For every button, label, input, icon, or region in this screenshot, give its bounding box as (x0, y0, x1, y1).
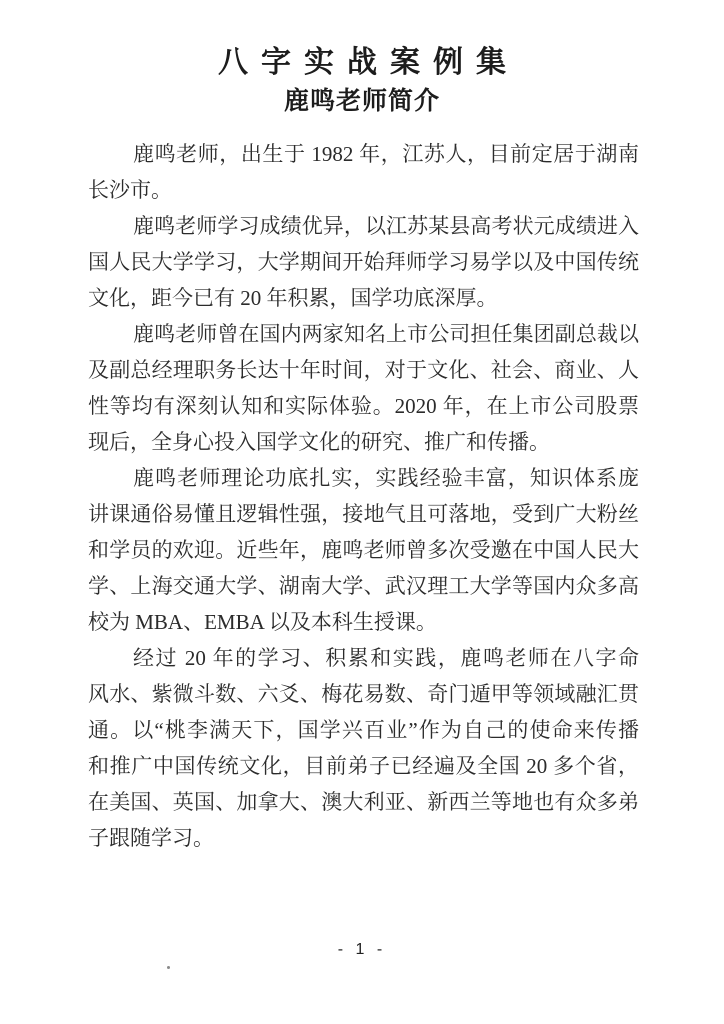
paragraph: 鹿鸣老师，出生于 1982 年，江苏人，目前定居于湖南省长沙市。 (88, 136, 639, 208)
text-line: 国人民大学学习，大学期间开始拜师学习易学以及中国传统 (88, 244, 639, 280)
text-line: 鹿鸣老师学习成绩优异，以江苏某县高考状元成绩进入中 (88, 208, 639, 244)
text-line: 长沙市。 (88, 172, 639, 208)
text-line: 文化，距今已有 20 年积累，国学功底深厚。 (88, 280, 639, 316)
document-page: 八字实战案例集 鹿鸣老师简介 鹿鸣老师，出生于 1982 年，江苏人，目前定居于… (0, 0, 724, 1024)
paragraph: 经过 20 年的学习、积累和实践，鹿鸣老师在八字命理、风水、紫微斗数、六爻、梅花… (88, 640, 639, 856)
text-line: 讲课通俗易懂且逻辑性强，接地气且可落地，受到广大粉丝 (88, 496, 639, 532)
text-line: 及副总经理职务长达十年时间，对于文化、社会、商业、人 (88, 352, 639, 388)
document-subtitle: 鹿鸣老师简介 (0, 86, 724, 118)
page-number-label: - 1 - (0, 940, 724, 960)
document-title: 八字实战案例集 (0, 46, 724, 80)
text-line: 现后，全身心投入国学文化的研究、推广和传播。 (88, 424, 639, 460)
text-line: 鹿鸣老师曾在国内两家知名上市公司担任集团副总裁以 (88, 316, 639, 352)
text-line: 鹿鸣老师，出生于 1982 年，江苏人，目前定居于湖南省 (88, 136, 639, 172)
text-line: 校为 MBA、EMBA 以及本科生授课。 (88, 604, 639, 640)
text-line: 学、上海交通大学、湖南大学、武汉理工大学等国内众多高 (88, 568, 639, 604)
paragraph: 鹿鸣老师学习成绩优异，以江苏某县高考状元成绩进入中国人民大学学习，大学期间开始拜… (88, 208, 639, 316)
text-line: 性等均有深刻认知和实际体验。2020 年，在上市公司股票套 (88, 388, 639, 424)
text-line: 通。以“桃李满天下，国学兴百业”作为自己的使命来传播 (88, 712, 639, 748)
scan-speck (167, 966, 170, 969)
text-line: 在美国、英国、加拿大、澳大利亚、新西兰等地也有众多弟 (88, 784, 639, 820)
text-line: 风水、紫微斗数、六爻、梅花易数、奇门遁甲等领域融汇贯 (88, 676, 639, 712)
text-line: 和学员的欢迎。近些年，鹿鸣老师曾多次受邀在中国人民大 (88, 532, 639, 568)
text-line: 子跟随学习。 (88, 820, 639, 856)
paragraph: 鹿鸣老师理论功底扎实，实践经验丰富，知识体系庞大，讲课通俗易懂且逻辑性强，接地气… (88, 460, 639, 640)
text-line: 和推广中国传统文化，目前弟子已经遍及全国 20 多个省， (88, 748, 639, 784)
text-line: 鹿鸣老师理论功底扎实，实践经验丰富，知识体系庞大， (88, 460, 639, 496)
document-body: 鹿鸣老师，出生于 1982 年，江苏人，目前定居于湖南省长沙市。鹿鸣老师学习成绩… (88, 136, 639, 856)
paragraph: 鹿鸣老师曾在国内两家知名上市公司担任集团副总裁以及副总经理职务长达十年时间，对于… (88, 316, 639, 460)
text-line: 经过 20 年的学习、积累和实践，鹿鸣老师在八字命理、 (88, 640, 639, 676)
